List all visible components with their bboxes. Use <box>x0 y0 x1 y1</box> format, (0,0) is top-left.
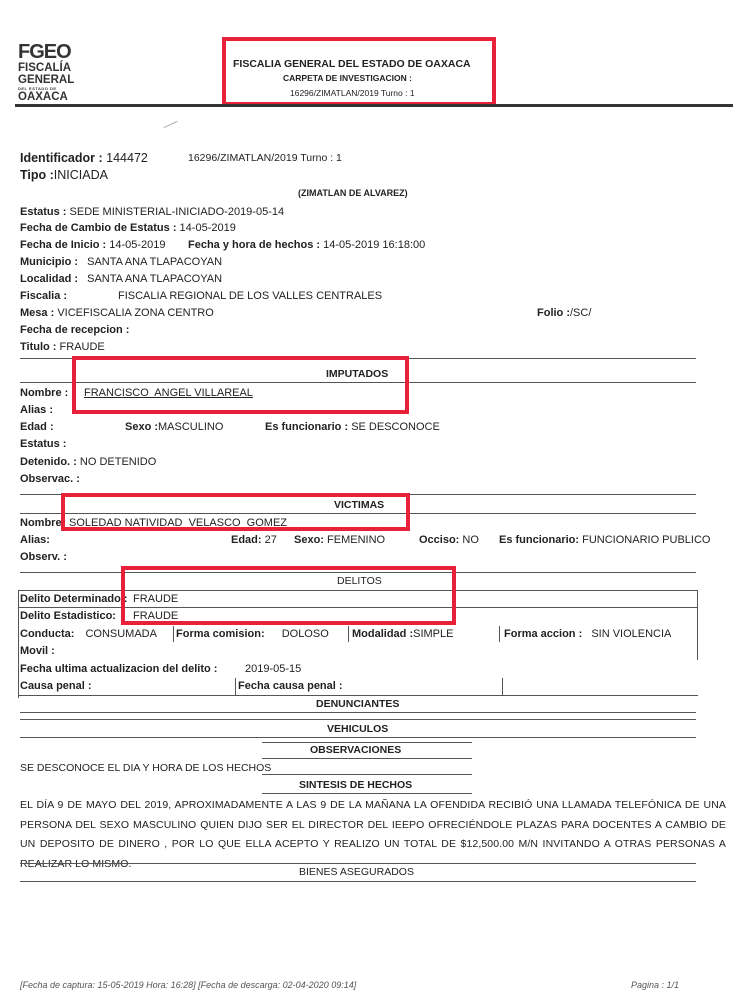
logo-abbr: FGEO <box>18 42 88 62</box>
victimas-title: VICTIMAS <box>334 499 384 511</box>
case-ref: 16296/ZIMATLAN/2019 Turno : 1 <box>188 152 342 164</box>
logo-line1: FISCALÍA <box>18 63 88 75</box>
imputado-nombre-value: FRANCISCO ANGEL VILLAREAL <box>84 387 253 399</box>
tipo-row: Tipo :INICIADA <box>20 168 108 182</box>
victima-funcionario-row: Es funcionario: FUNCIONARIO PUBLICO <box>499 534 710 546</box>
forma-accion-row: Forma accion : SIN VIOLENCIA <box>504 628 671 640</box>
modalidad-separator <box>499 626 500 642</box>
modalidad-value: SIMPLE <box>413 628 453 640</box>
sintesis-rule-bottom <box>262 793 472 794</box>
victima-nombre-label: Nombre <box>20 517 62 529</box>
imputado-funcionario-label: Es funcionario : <box>265 421 348 433</box>
fecha-hechos-value: 14-05-2019 16:18:00 <box>323 239 425 251</box>
forma-comision-row: Forma comision: DOLOSO <box>176 628 329 640</box>
titulo-row: Titulo : FRAUDE <box>20 341 105 353</box>
victima-observ-label: Observ. : <box>20 551 67 563</box>
fiscalia-label: Fiscalia : <box>20 290 67 302</box>
bienes-rule-top <box>20 863 696 864</box>
folio-row: Folio :/SC/ <box>537 307 591 319</box>
footer-page-number: Pagina : 1/1 <box>631 980 679 990</box>
victima-nombre-value: SOLEDAD NATIVIDAD VELASCO GOMEZ <box>69 517 287 529</box>
comision-separator <box>348 626 349 642</box>
conducta-row: Conducta: CONSUMADA <box>20 628 157 640</box>
municipio-label: Municipio : <box>20 256 78 268</box>
imputado-detenido-value: NO DETENIDO <box>80 456 156 468</box>
footer-capture-info: [Fecha de captura: 15-05-2019 Hora: 16:2… <box>20 980 356 990</box>
header-title: FISCALIA GENERAL DEL ESTADO DE OAXACA <box>233 58 471 70</box>
fiscalia-value: FISCALIA REGIONAL DE LOS VALLES CENTRALE… <box>118 290 382 302</box>
imputados-rule-bottom <box>20 382 696 383</box>
delito-estadistico-value: FRAUDE <box>133 610 178 622</box>
imputado-funcionario-value: SE DESCONOCE <box>351 421 440 433</box>
victima-funcionario-label: Es funcionario: <box>499 534 579 546</box>
victima-funcionario-value: FUNCIONARIO PUBLICO <box>582 534 710 546</box>
imputado-detenido-row: Detenido. : NO DETENIDO <box>20 456 156 468</box>
mesa-label: Mesa : <box>20 307 54 319</box>
fecha-inicio-value: 14-05-2019 <box>109 239 165 251</box>
estatus-value: SEDE MINISTERIAL-INICIADO-2019-05-14 <box>70 206 285 218</box>
imputado-alias-label: Alias : <box>20 404 53 416</box>
localidad-value: SANTA ANA TLAPACOYAN <box>87 273 222 285</box>
sintesis-rule-top <box>262 774 472 775</box>
fecha-inicio-row: Fecha de Inicio : 14-05-2019 <box>20 239 166 251</box>
municipio-row: Municipio : SANTA ANA TLAPACOYAN <box>20 256 222 268</box>
forma-comision-label: Forma comision: <box>176 628 265 640</box>
tipo-label: Tipo : <box>20 168 54 182</box>
imputado-edad-label: Edad : <box>20 421 54 433</box>
imputado-estatus-label: Estatus : <box>20 438 66 450</box>
delitos-rule-top <box>20 572 696 573</box>
victima-alias-label: Alias: <box>20 534 50 546</box>
sintesis-title: SINTESIS DE HECHOS <box>299 779 412 791</box>
folio-label: Folio : <box>537 307 570 319</box>
observaciones-title: OBSERVACIONES <box>310 744 401 756</box>
imputado-sexo-value: MASCULINO <box>158 421 223 433</box>
delitos-table-top <box>18 590 698 591</box>
observaciones-rule-top <box>262 742 472 743</box>
bienes-rule-bottom <box>20 881 696 882</box>
imputados-title: IMPUTADOS <box>326 368 388 380</box>
conducta-label: Conducta: <box>20 628 74 640</box>
fecha-causa-separator <box>502 678 503 695</box>
delito-estadistico-label: Delito Estadistico: <box>20 610 116 622</box>
imputado-detenido-label: Detenido. : <box>20 456 77 468</box>
imputado-observac-label: Observac. : <box>20 473 80 485</box>
estatus-row: Estatus : SEDE MINISTERIAL-INICIADO-2019… <box>20 206 284 218</box>
vehiculos-title: VEHICULOS <box>327 723 388 735</box>
titulo-label: Titulo : <box>20 341 56 353</box>
victima-edad-row: Edad: 27 <box>231 534 277 546</box>
imputado-sexo-label: Sexo : <box>125 421 158 433</box>
delitos-title: DELITOS <box>337 575 382 587</box>
victima-occiso-row: Occiso: NO <box>419 534 479 546</box>
highlight-box-imputados <box>72 356 409 414</box>
victima-sexo-row: Sexo: FEMENINO <box>294 534 385 546</box>
fecha-hechos-label: Fecha y hora de hechos : <box>188 239 320 251</box>
identificador-label: Identificador : <box>20 151 103 165</box>
delitos-table-right <box>697 590 698 660</box>
identificador-value: 144472 <box>106 151 148 165</box>
fgeo-logo: FGEO FISCALÍA GENERAL DEL ESTADO DE OAXA… <box>18 42 88 104</box>
vehiculos-rule-bottom <box>20 737 696 738</box>
identificador-row: Identificador : 144472 <box>20 151 148 165</box>
header-case-number: 16296/ZIMATLAN/2019 Turno : 1 <box>290 88 415 98</box>
imputados-rule-top <box>20 358 696 359</box>
region-label: (ZIMATLAN DE ALVAREZ) <box>298 188 408 198</box>
delitos-table-row-sep <box>18 607 698 608</box>
logo-line4: OAXACA <box>18 92 88 104</box>
forma-accion-label: Forma accion : <box>504 628 582 640</box>
titulo-value: FRAUDE <box>60 341 105 353</box>
fecha-causa-penal-label: Fecha causa penal : <box>238 680 343 692</box>
mesa-value: VICEFISCALIA ZONA CENTRO <box>57 307 213 319</box>
victima-edad-label: Edad: <box>231 534 262 546</box>
localidad-row: Localidad : SANTA ANA TLAPACOYAN <box>20 273 222 285</box>
victimas-rule-top <box>20 494 696 495</box>
vehiculos-rule-top <box>20 719 696 720</box>
victima-sexo-value: FEMENINO <box>327 534 385 546</box>
modalidad-row: Modalidad :SIMPLE <box>352 628 453 640</box>
conducta-value: CONSUMADA <box>85 628 157 640</box>
fecha-cambio-row: Fecha de Cambio de Estatus : 14-05-2019 <box>20 222 236 234</box>
conducta-separator <box>173 626 174 642</box>
bienes-title: BIENES ASEGURADOS <box>299 866 414 878</box>
stray-mark <box>163 121 177 128</box>
causa-separator <box>235 678 236 695</box>
delito-determinado-label: Delito Determinado : <box>20 593 128 605</box>
fecha-actualizacion-label: Fecha ultima actualizacion del delito : <box>20 663 217 675</box>
localidad-label: Localidad : <box>20 273 78 285</box>
fecha-recepcion-label: Fecha de recepcion : <box>20 324 129 336</box>
victima-edad-value: 27 <box>265 534 277 546</box>
forma-accion-value: SIN VIOLENCIA <box>591 628 671 640</box>
fecha-inicio-label: Fecha de Inicio : <box>20 239 106 251</box>
denunciantes-title: DENUNCIANTES <box>316 698 399 710</box>
folio-value: /SC/ <box>570 307 591 319</box>
municipio-value: SANTA ANA TLAPACOYAN <box>87 256 222 268</box>
fecha-cambio-value: 14-05-2019 <box>180 222 236 234</box>
imputado-nombre-label: Nombre : <box>20 387 68 399</box>
imputado-sexo-row: Sexo :MASCULINO <box>125 421 223 433</box>
fecha-hechos-row: Fecha y hora de hechos : 14-05-2019 16:1… <box>188 239 425 251</box>
tipo-value: INICIADA <box>54 168 108 182</box>
delito-determinado-value: FRAUDE <box>133 593 178 605</box>
victima-occiso-value: NO <box>462 534 479 546</box>
victimas-rule-bottom <box>20 513 696 514</box>
observaciones-rule-bottom <box>262 758 472 759</box>
delitos-table-bottom <box>18 695 698 696</box>
imputado-funcionario-row: Es funcionario : SE DESCONOCE <box>265 421 440 433</box>
causa-penal-label: Causa penal : <box>20 680 92 692</box>
header-rule <box>15 104 733 107</box>
fecha-cambio-label: Fecha de Cambio de Estatus : <box>20 222 176 234</box>
movil-label: Movil : <box>20 645 55 657</box>
logo-line2: GENERAL <box>18 75 88 87</box>
observaciones-text: SE DESCONOCE EL DIA Y HORA DE LOS HECHOS <box>20 762 271 774</box>
estatus-label: Estatus : <box>20 206 66 218</box>
fecha-actualizacion-value: 2019-05-15 <box>245 663 301 675</box>
victima-occiso-label: Occiso: <box>419 534 459 546</box>
header-subtitle: CARPETA DE INVESTIGACION : <box>283 73 412 83</box>
victima-sexo-label: Sexo: <box>294 534 324 546</box>
mesa-row: Mesa : VICEFISCALIA ZONA CENTRO <box>20 307 214 319</box>
denunciantes-rule <box>20 712 696 713</box>
modalidad-label: Modalidad : <box>352 628 413 640</box>
forma-comision-value: DOLOSO <box>282 628 329 640</box>
